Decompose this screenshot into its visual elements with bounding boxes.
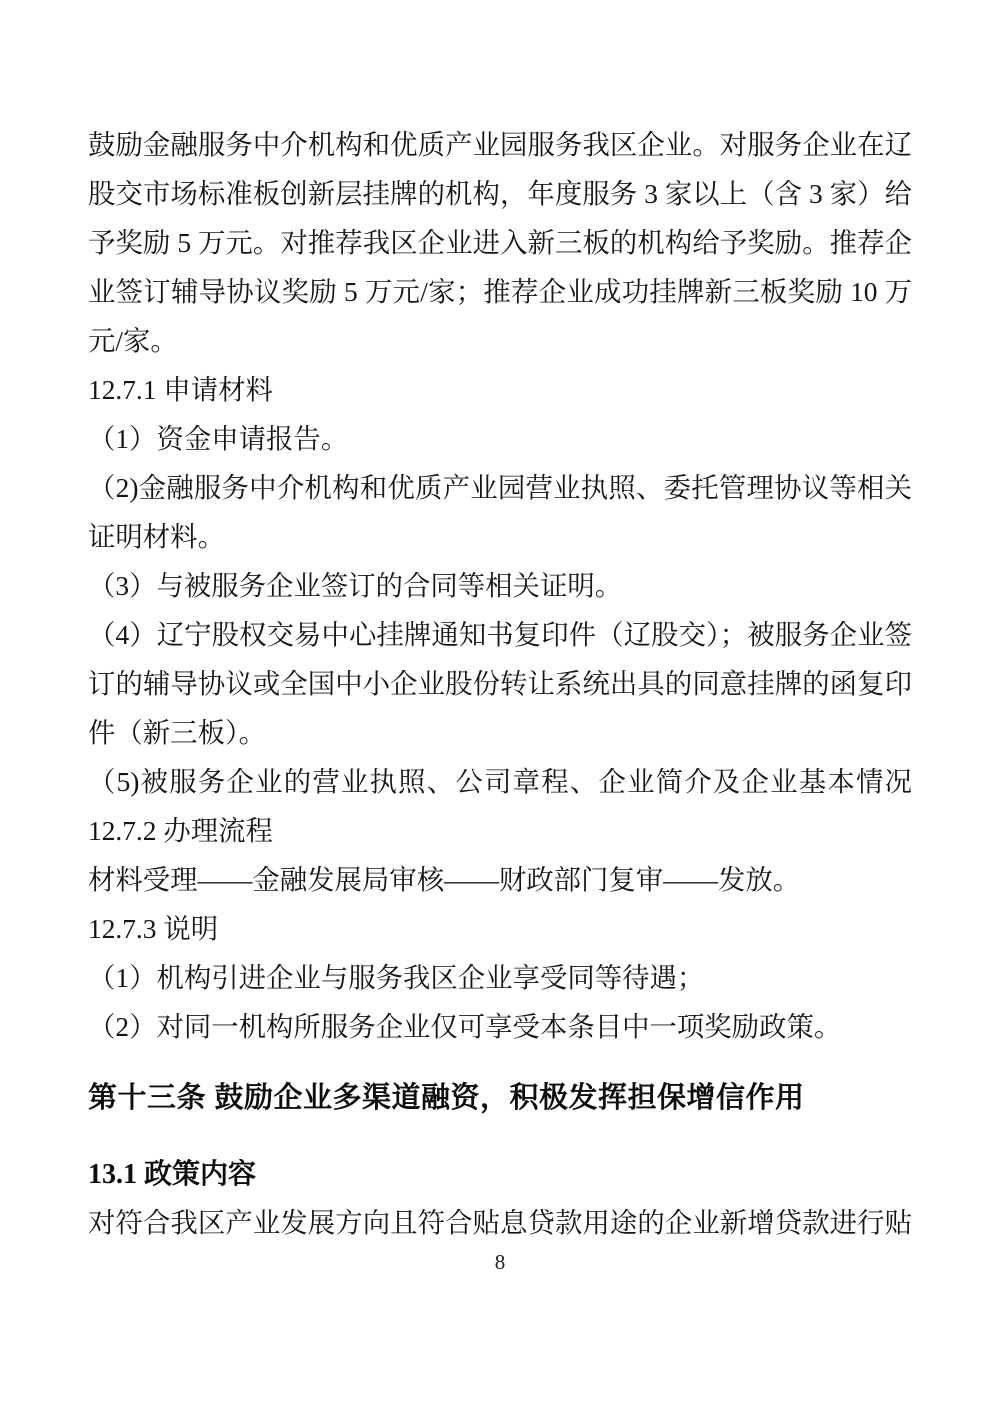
document-content: 鼓励金融服务中介机构和优质产业园服务我区企业。对服务企业在辽 股交市场标准板创新…: [88, 121, 912, 1248]
clause-number-heading: 12.7.1 申请材料: [88, 366, 912, 415]
clause-number-heading: 12.7.2 办理流程: [88, 807, 912, 856]
body-line: 股交市场标准板创新层挂牌的机构，年度服务 3 家以上（含 3 家）给: [88, 170, 912, 219]
body-line: 元/家。: [88, 317, 912, 366]
body-line: 对符合我区产业发展方向且符合贴息贷款用途的企业新增贷款进行贴: [88, 1199, 912, 1248]
body-line: （5)被服务企业的营业执照、公司章程、企业简介及企业基本情况表。: [88, 758, 912, 807]
body-line: （1）机构引进企业与服务我区企业享受同等待遇；: [88, 954, 912, 1003]
body-line: （2)金融服务中介机构和优质产业园营业执照、委托管理协议等相关: [88, 464, 912, 513]
document-page: 鼓励金融服务中介机构和优质产业园服务我区企业。对服务企业在辽 股交市场标准板创新…: [0, 0, 1000, 1413]
body-line: 材料受理——金融发展局审核——财政部门复审——发放。: [88, 856, 912, 905]
body-line: 鼓励金融服务中介机构和优质产业园服务我区企业。对服务企业在辽: [88, 121, 912, 170]
body-line: （3）与被服务企业签订的合同等相关证明。: [88, 562, 912, 611]
clause-number-heading: 12.7.3 说明: [88, 905, 912, 954]
page-number: 8: [0, 1248, 1000, 1276]
subsection-heading: 13.1 政策内容: [88, 1150, 912, 1199]
body-line: 订的辅导协议或全国中小企业股份转让系统出具的同意挂牌的函复印: [88, 660, 912, 709]
body-line: （1）资金申请报告。: [88, 415, 912, 464]
section-heading: 第十三条 鼓励企业多渠道融资，积极发挥担保增信作用: [88, 1070, 912, 1126]
body-line: 证明材料。: [88, 513, 912, 562]
body-line: （2）对同一机构所服务企业仅可享受本条目中一项奖励政策。: [88, 1003, 912, 1052]
body-line: 件（新三板）。: [88, 709, 912, 758]
body-line: 业签订辅导协议奖励 5 万元/家；推荐企业成功挂牌新三板奖励 10 万: [88, 268, 912, 317]
body-line: （4）辽宁股权交易中心挂牌通知书复印件（辽股交）；被服务企业签: [88, 611, 912, 660]
body-line: 予奖励 5 万元。对推荐我区企业进入新三板的机构给予奖励。推荐企: [88, 219, 912, 268]
